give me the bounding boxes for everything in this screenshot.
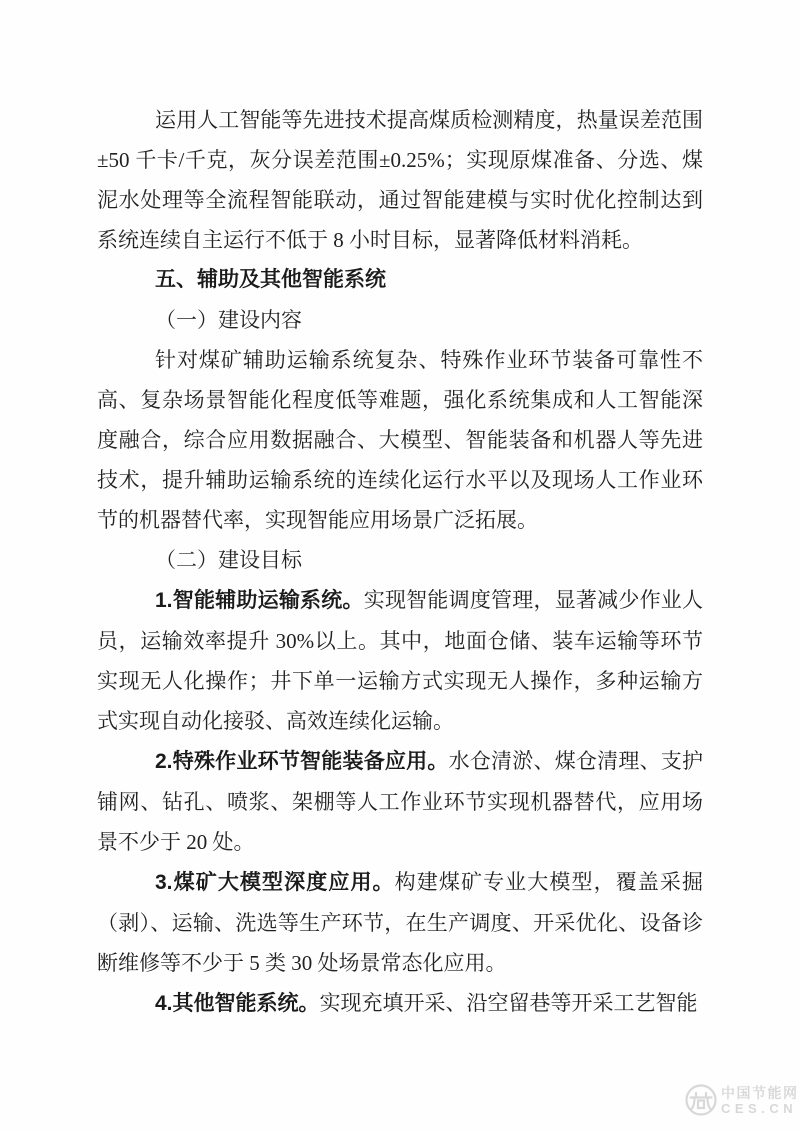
watermark-site-name: 中国节能网 <box>721 1086 799 1100</box>
section-heading: 五、辅助及其他智能系统 <box>97 260 703 300</box>
numbered-paragraph-4: 4.其他智能系统。实现充填开采、沿空留巷等开采工艺智能 <box>97 983 703 1024</box>
document-page: 运用人工智能等先进技术提高煤质检测精度，热量误差范围±50 千卡/千克，灰分误差… <box>0 0 800 1131</box>
numbered-paragraph-1-lead: 1.智能辅助运输系统。 <box>155 589 364 612</box>
numbered-paragraph-4-text: 实现充填开采、沿空留巷等开采工艺智能 <box>320 991 698 1015</box>
paragraph-body: 针对煤矿辅助运输系统复杂、特殊作业环节装备可靠性不高、复杂场景智能化程度低等难题… <box>97 340 703 540</box>
subsection-heading-content: （一）建设内容 <box>97 300 703 340</box>
watermark-site-domain: CES.CN <box>721 1102 799 1115</box>
numbered-paragraph-2: 2.特殊作业环节智能装备应用。水仓清淤、煤仓清理、支护铺网、钻孔、喷浆、架棚等人… <box>97 741 703 862</box>
watermark-text: 中国节能网 CES.CN <box>721 1086 799 1115</box>
numbered-paragraph-3: 3.煤矿大模型深度应用。构建煤矿专业大模型，覆盖采掘（剥）、运输、洗选等生产环节… <box>97 862 703 983</box>
document-text-block: 运用人工智能等先进技术提高煤质检测精度，热量误差范围±50 千卡/千克，灰分误差… <box>97 100 703 1024</box>
numbered-paragraph-4-lead: 4.其他智能系统。 <box>155 992 320 1015</box>
subsection-heading-goals: （二）建设目标 <box>97 540 703 580</box>
numbered-paragraph-1: 1.智能辅助运输系统。实现智能调度管理，显著减少作业人员，运输效率提升 30%以… <box>97 580 703 741</box>
ces-logo-icon <box>684 1083 718 1117</box>
numbered-paragraph-3-lead: 3.煤矿大模型深度应用。 <box>155 871 395 894</box>
site-watermark: 中国节能网 CES.CN <box>684 1083 799 1117</box>
numbered-paragraph-2-lead: 2.特殊作业环节智能装备应用。 <box>155 750 449 773</box>
paragraph-body: 运用人工智能等先进技术提高煤质检测精度，热量误差范围±50 千卡/千克，灰分误差… <box>97 100 703 260</box>
